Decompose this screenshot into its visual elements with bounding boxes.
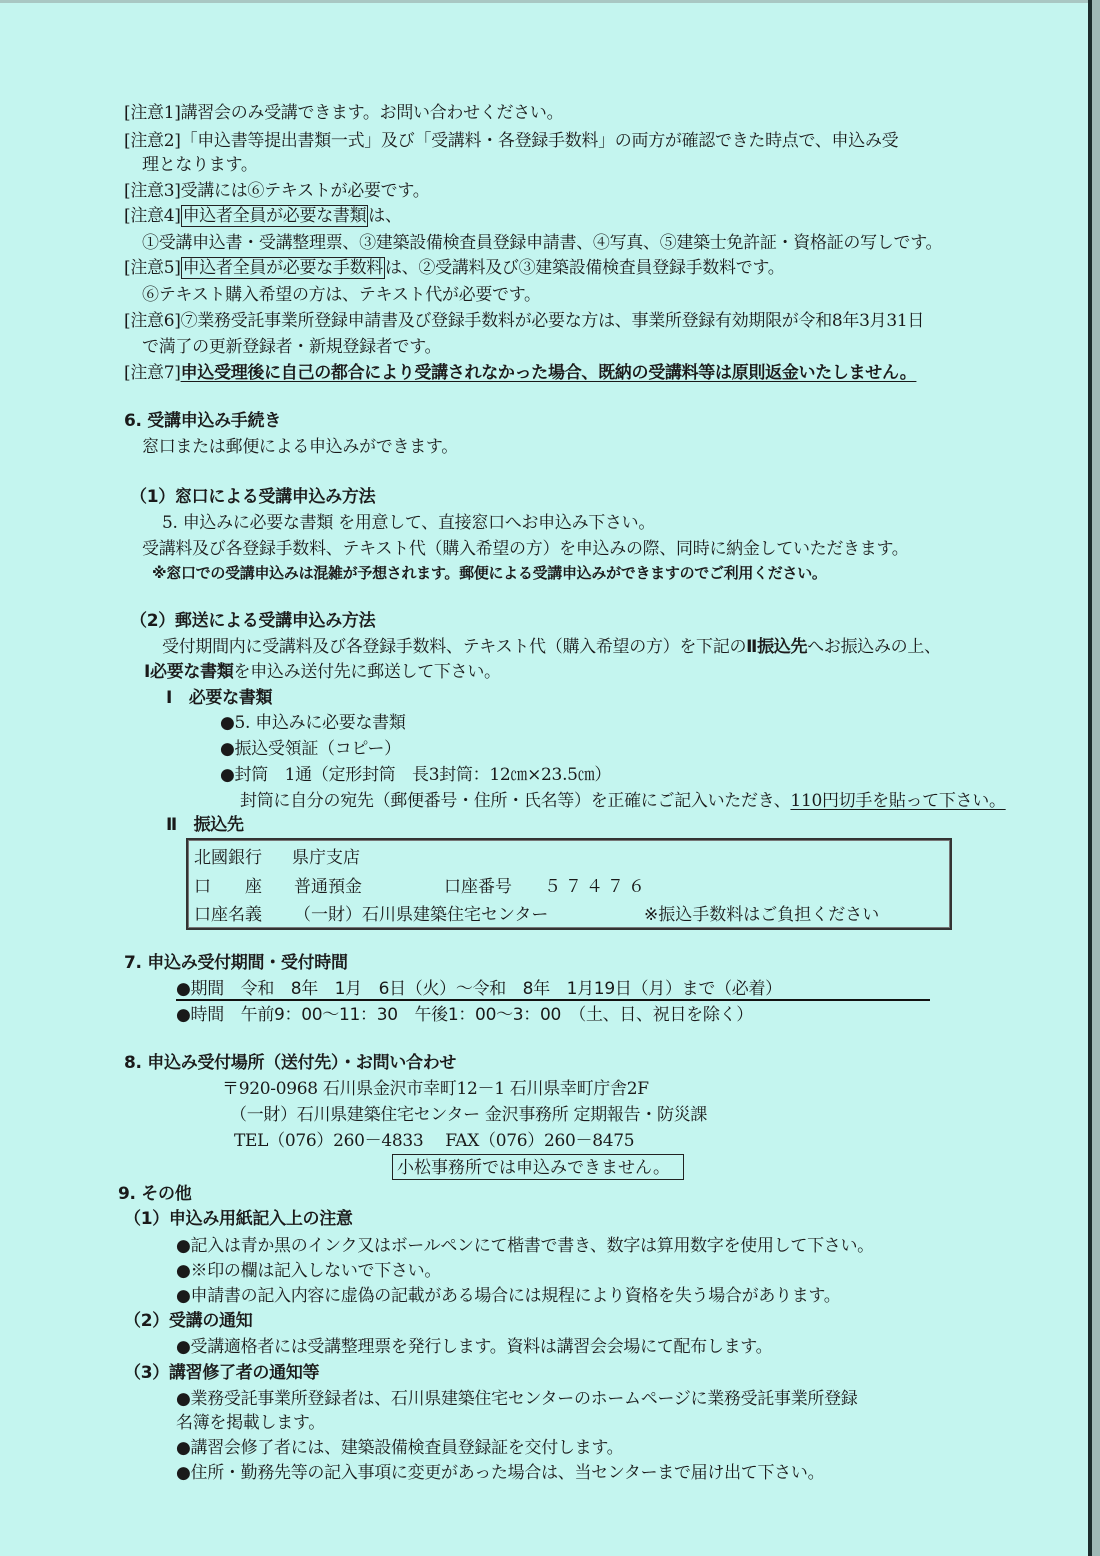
section-6-2-title: （2）郵送による受講申込み方法 (130, 610, 375, 632)
list-item: ●記入は青か黒のインク又はボールペンにて楷書で書き、数字は算用数字を使用して下さ… (176, 1235, 874, 1257)
note-6-cont: で満了の更新登録者・新規登録者です。 (142, 336, 441, 358)
note-3: [注意3]受講には⑥テキストが必要です。 (124, 180, 429, 202)
note-1: [注意1]講習会のみ受講できます。お問い合わせください。 (124, 102, 563, 124)
boxed-emphasis: 申込者全員が必要な書類 (181, 205, 369, 227)
bold-ref: Ⅰ必要な書類 (144, 662, 234, 682)
address: 〒920-0968 石川県金沢市幸町12－1 石川県幸町庁舎2F (222, 1078, 649, 1100)
section-6-1-line2: 受講料及び各登録手数料、テキスト代（購入希望の方）を申込みの際、同時に納金してい… (142, 538, 909, 560)
text: を申込み送付先に郵送して下さい。 (234, 662, 501, 682)
note-label: [注意2] (124, 131, 181, 151)
note-text: は、②受講料及び③建築設備検査員登録手数料です。 (385, 258, 784, 278)
note-text-underlined: 申込受理後に自己の都合により受講されなかった場合、既納の受講料等は原則返金いたし… (181, 363, 917, 383)
bank-title: Ⅱ 振込先 (166, 814, 244, 836)
bank-branch: 県庁支店 (292, 848, 360, 868)
organization: （一財）石川県建築住宅センター 金沢事務所 定期報告・防災課 (230, 1104, 707, 1126)
section-9-3-title: （3）講習修了者の通知等 (124, 1362, 319, 1384)
note-label: [注意5] (124, 258, 181, 278)
note-6: [注意6]⑦業務受託事業所登録申請書及び登録手数料が必要な方は、事業所登録有効期… (124, 310, 924, 332)
text: 封筒に自分の宛先（郵便番号・住所・氏名等）を正確にご記入いただき、 (240, 791, 790, 811)
document-page: [注意1]講習会のみ受講できます。お問い合わせください。 [注意2]「申込書等提… (0, 0, 1100, 1556)
text: 受付期間内に受講料及び各登録手数料、テキスト代（購入希望の方）を下記の (162, 637, 746, 657)
list-item: ●申請書の記入内容に虚偽の記載がある場合には規程により資格を失う場合があります。 (176, 1285, 840, 1307)
note-2-cont: 理となります。 (142, 154, 258, 176)
note-7: [注意7]申込受理後に自己の都合により受講されなかった場合、既納の受講料等は原則… (124, 362, 916, 384)
text: へお振込みの上、 (807, 637, 941, 657)
bank-row-account: 口 座普通預金口座番号５７４７６ (194, 872, 649, 897)
note-2: [注意2]「申込書等提出書類一式」及び「受講料・各登録手数料」の両方が確認できた… (124, 130, 898, 152)
section-6-title: 6. 受講申込み手続き (124, 410, 281, 432)
holder-name: （一財）石川県建築住宅センター (294, 900, 644, 925)
envelope-note: 封筒に自分の宛先（郵便番号・住所・氏名等）を正確にご記入いただき、110円切手を… (240, 790, 1006, 812)
bank-row-name: 北國銀行県庁支店 (194, 843, 360, 868)
section-6-intro: 窓口または郵便による申込みができます。 (142, 436, 458, 458)
list-item-cont: 名簿を掲載します。 (176, 1412, 325, 1434)
holder-label: 口座名義 (194, 900, 294, 925)
list-item: ●受講適格者には受講整理票を発行します。資料は講習会会場にて配布します。 (176, 1336, 772, 1358)
account-number: ５７４７６ (544, 877, 649, 897)
account-type: 普通預金 (294, 872, 444, 897)
scan-edge-right-shadow (1092, 0, 1100, 1556)
account-number-label: 口座番号 (444, 872, 544, 897)
section-6-1-line1: 5. 申込みに必要な書類 を用意して、直接窓口へお申込み下さい。 (162, 512, 655, 534)
fee-note: ※振込手数料はご負担ください (644, 905, 879, 925)
note-label: [注意7] (124, 363, 181, 383)
list-item: ●※印の欄は記入しないで下さい。 (176, 1260, 441, 1282)
bank-account-box: 北國銀行県庁支店 口 座普通預金口座番号５７４７６ 口座名義（一財）石川県建築住… (186, 838, 952, 930)
list-item: ●住所・勤務先等の記入事項に変更があった場合は、当センターまで届け出て下さい。 (176, 1462, 824, 1484)
note-5: [注意5]申込者全員が必要な手数料は、②受講料及び③建築設備検査員登録手数料です… (124, 257, 784, 279)
section-6-1-warning: ※窓口での受講申込みは混雑が予想されます。郵便による受講申込みができますのでご利… (152, 562, 827, 584)
doc-item: ●封筒 1通（定形封筒 長3封筒：12㎝×23.5㎝） (220, 764, 611, 786)
application-period: ●期間 令和 8年 1月 6日（火）～令和 8年 1月19日（月）まで（必着） (176, 978, 782, 1000)
bold-ref: Ⅱ振込先 (746, 637, 807, 657)
note-label: [注意3] (124, 181, 181, 201)
note-5-cont: ⑥テキスト購入希望の方は、テキスト代が必要です。 (142, 284, 541, 306)
note-label: [注意6] (124, 311, 181, 331)
section-9-1-title: （1）申込み用紙記入上の注意 (124, 1208, 353, 1230)
doc-item: ●5. 申込みに必要な書類 (220, 712, 406, 734)
doc-item: ●振込受領証（コピー） (220, 738, 401, 760)
section-6-2-line2: Ⅰ必要な書類を申込み送付先に郵送して下さい。 (144, 661, 501, 683)
section-7-title: 7. 申込み受付期間・受付時間 (124, 952, 348, 974)
account-label: 口 座 (194, 872, 294, 897)
underlined-text: 110円切手を貼って下さい。 (790, 791, 1005, 811)
docs-title: Ⅰ 必要な書類 (166, 687, 272, 709)
reception-hours: ●時間 午前9：00～11：30 午後1：00～3：00 （土、日、祝日を除く） (176, 1004, 753, 1026)
note-text: 受講には⑥テキストが必要です。 (181, 181, 430, 201)
list-item: ●講習会修了者には、建築設備検査員登録証を交付します。 (176, 1437, 623, 1459)
note-label: [注意4] (124, 206, 181, 226)
note-4-cont: ①受講申込書・受講整理票、③建築設備検査員登録申請書、④写真、⑤建築士免許証・資… (142, 232, 942, 254)
section-8-title: 8. 申込み受付場所（送付先）・お問い合わせ (124, 1052, 456, 1074)
note-4: [注意4]申込者全員が必要な書類は、 (124, 205, 402, 227)
bank-name: 北國銀行 (194, 848, 262, 868)
section-6-2-line1: 受付期間内に受講料及び各登録手数料、テキスト代（購入希望の方）を下記のⅡ振込先へ… (162, 636, 941, 658)
section-6-1-title: （1）窓口による受講申込み方法 (130, 486, 375, 508)
note-label: [注意1] (124, 103, 181, 123)
note-text: 「申込書等提出書類一式」及び「受講料・各登録手数料」の両方が確認できた時点で、申… (181, 131, 899, 151)
komatsu-notice: 小松事務所では申込みできません。 (392, 1154, 684, 1180)
contact-numbers: TEL（076）260－4833 FAX（076）260－8475 (234, 1130, 634, 1152)
period-underline (176, 999, 930, 1001)
section-9-2-title: （2）受講の通知 (124, 1310, 252, 1332)
bank-row-holder: 口座名義（一財）石川県建築住宅センター※振込手数料はご負担ください (194, 900, 879, 925)
section-9-title: 9. その他 (118, 1183, 191, 1205)
note-text: ⑦業務受託事業所登録申請書及び登録手数料が必要な方は、事業所登録有効期限が令和8… (181, 311, 924, 331)
list-item: ●業務受託事業所登録者は、石川県建築住宅センターのホームページに業務受託事業所登… (176, 1388, 858, 1410)
scan-edge-top (0, 0, 1092, 3)
note-text: 講習会のみ受講できます。お問い合わせください。 (181, 103, 564, 123)
note-text: は、 (368, 206, 401, 226)
boxed-emphasis: 申込者全員が必要な手数料 (181, 257, 385, 279)
